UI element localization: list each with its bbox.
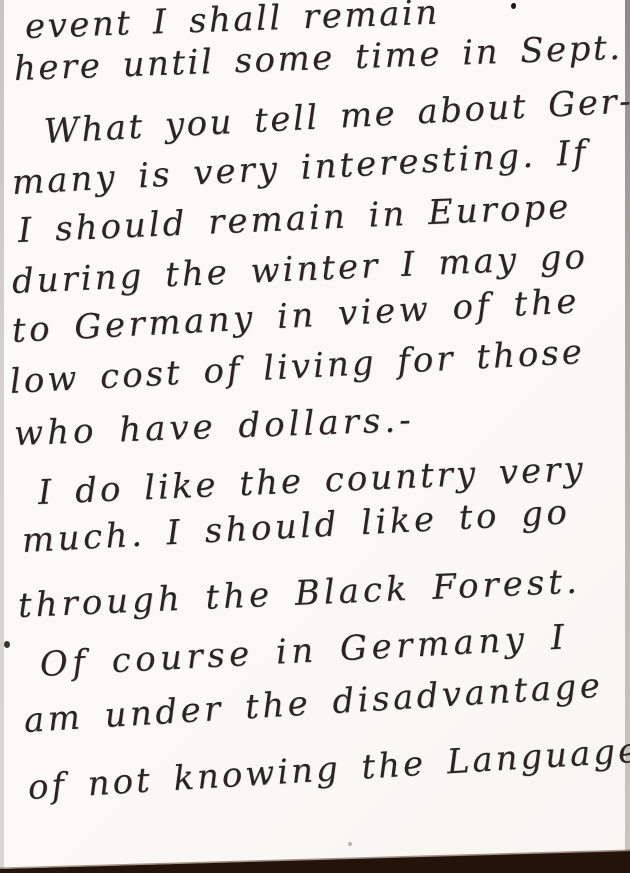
handwritten-line-12: through the Black Forest. (17, 562, 581, 626)
faint-speck (348, 842, 352, 846)
ink-speck (511, 3, 516, 9)
stray-period-mark (4, 641, 10, 648)
scan-edge-left (0, 0, 4, 873)
handwritten-line-15: of not knowing the Language (27, 732, 630, 809)
handwritten-line-9: who have dollars.- (13, 401, 415, 454)
scan-edge-bottom (0, 843, 630, 873)
letter-page: event I shall remain here until some tim… (0, 0, 630, 873)
